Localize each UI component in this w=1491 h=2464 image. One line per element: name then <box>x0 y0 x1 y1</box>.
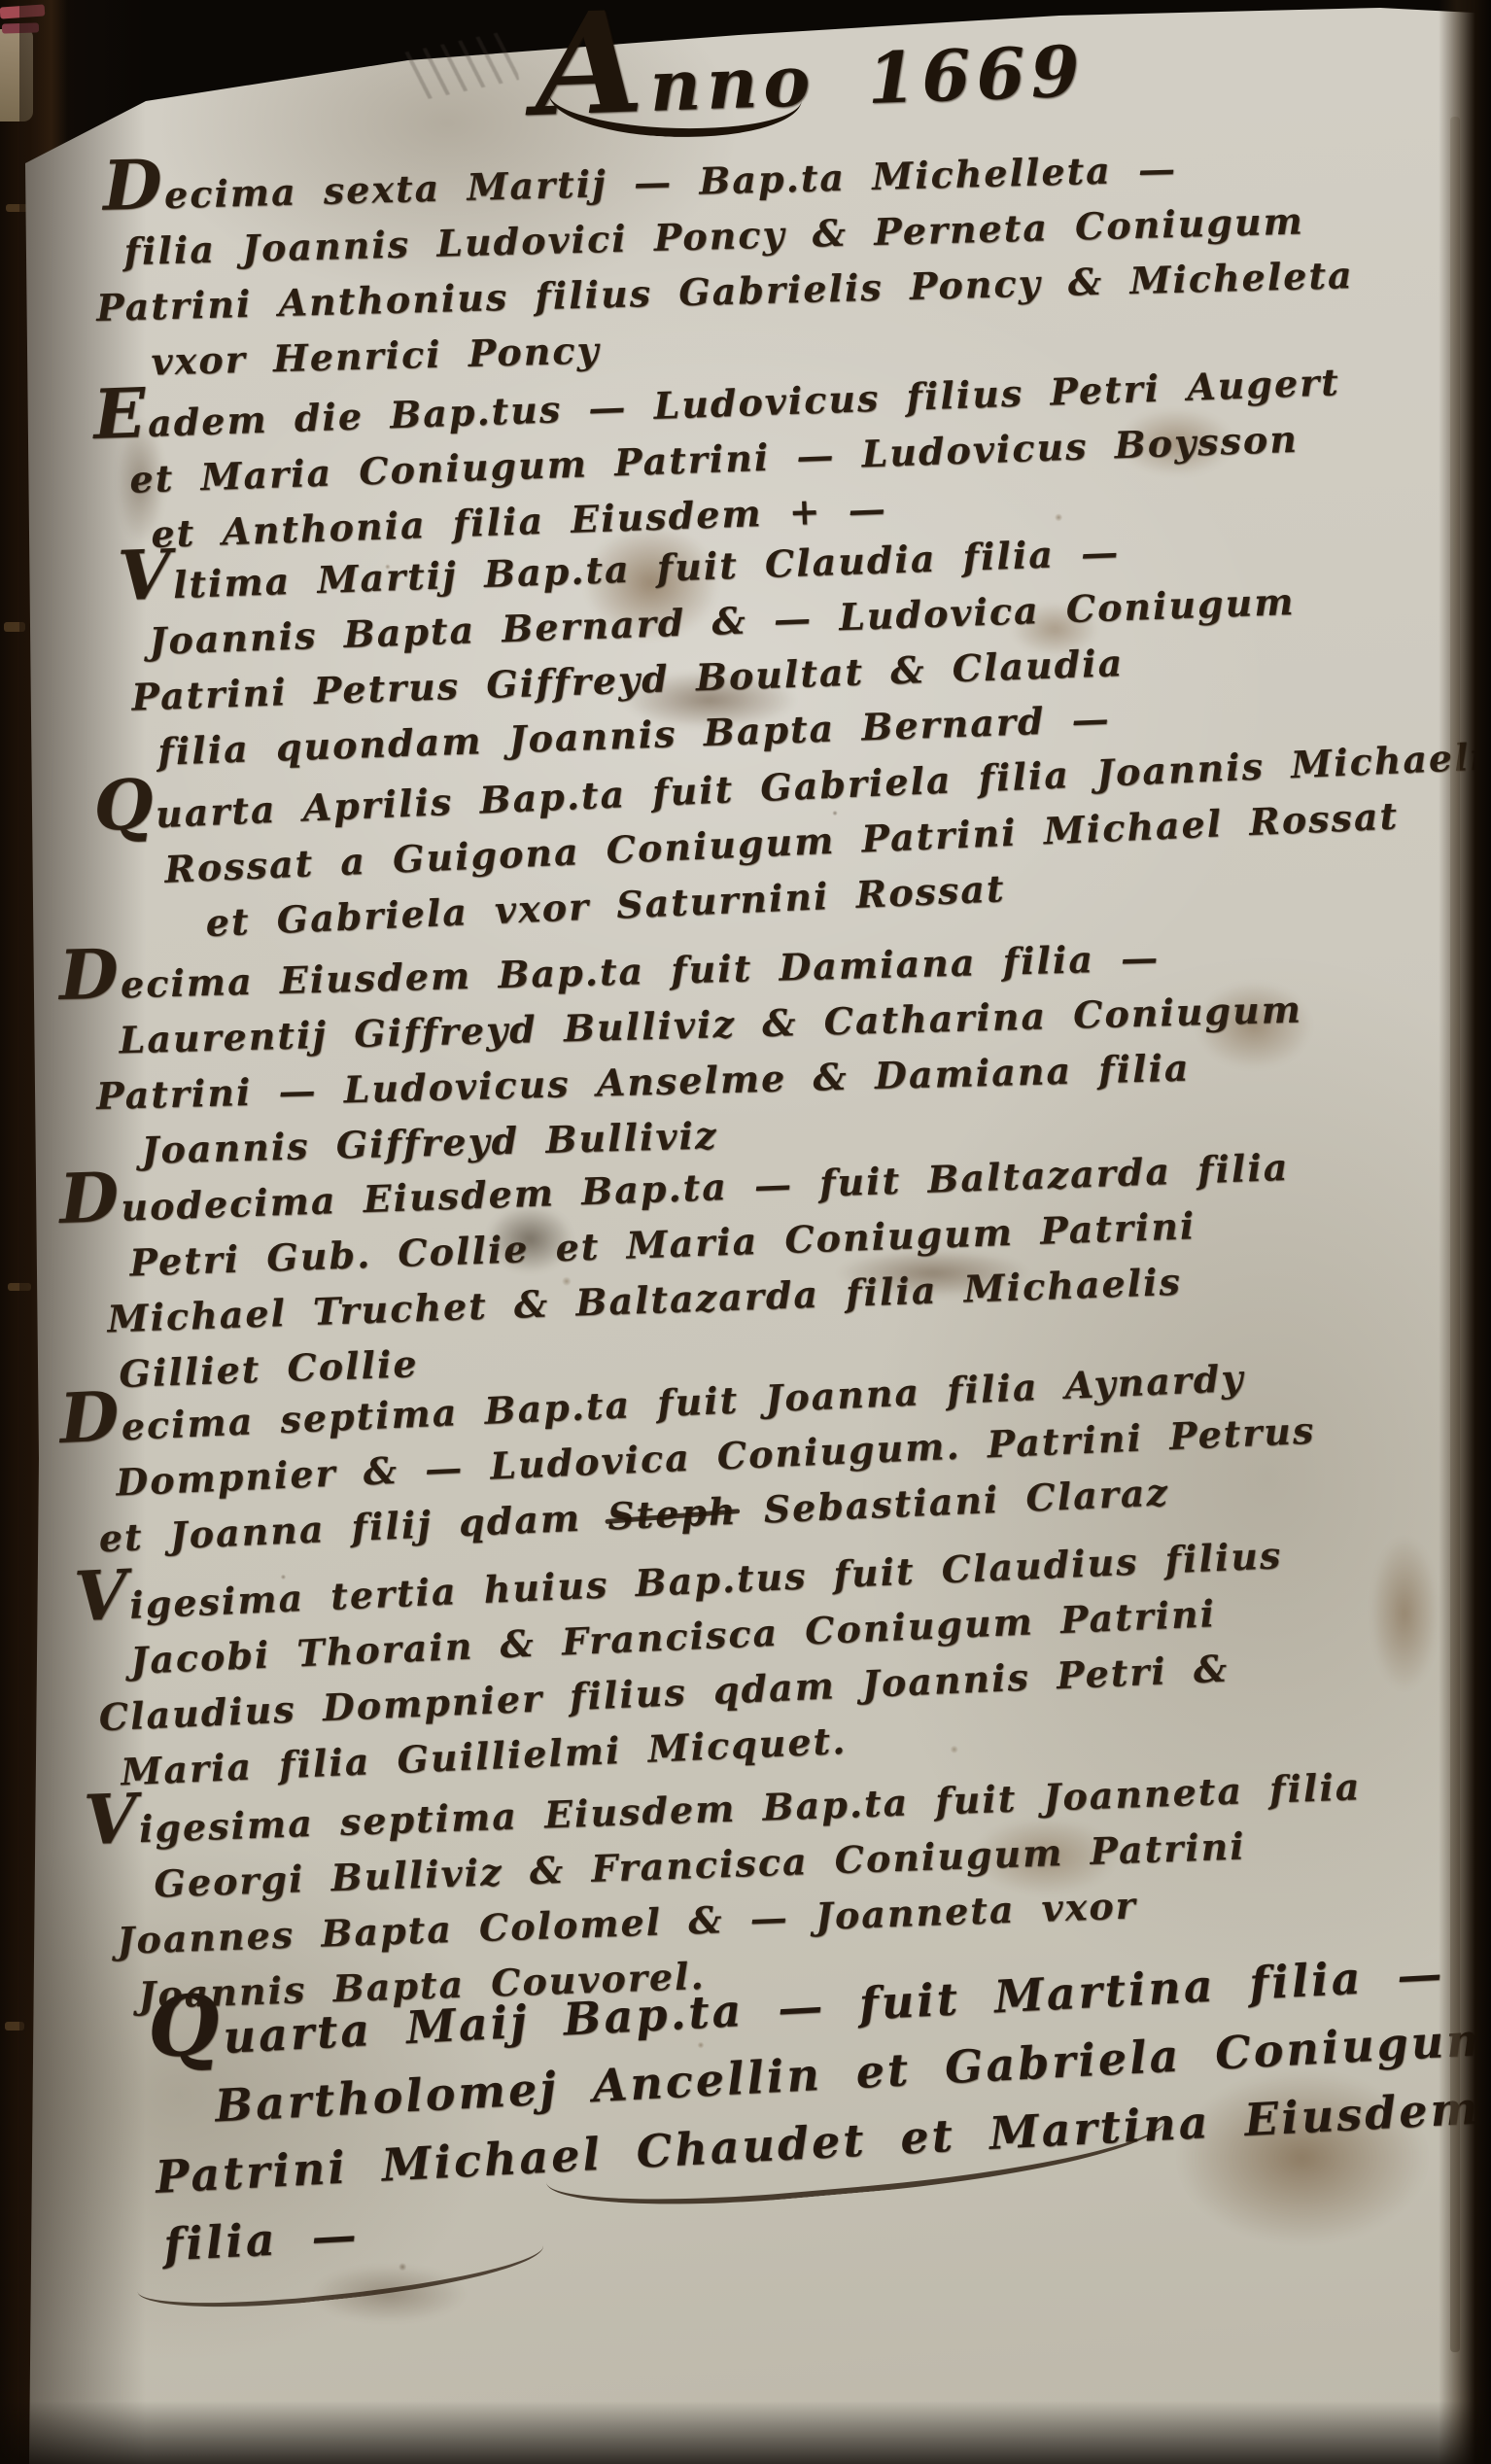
page-heading-year: Anno 1669 <box>533 0 1087 131</box>
right-page-edge-shadow <box>1439 0 1491 2464</box>
ink-stain <box>1370 1536 1439 1691</box>
bottom-edge-shadow <box>0 2401 1491 2464</box>
spine-streak <box>8 1283 31 1291</box>
spine-streak <box>5 2022 24 2030</box>
spine-streak <box>4 622 25 632</box>
ink-stain <box>311 2265 467 2323</box>
manuscript-photo: Anno 1669 Decima sexta Martij — Bap.ta M… <box>0 0 1491 2464</box>
spine-ribbon-mark <box>2 22 39 33</box>
book-edge-corner <box>0 29 33 121</box>
struck-word: Steph <box>607 1489 738 1539</box>
